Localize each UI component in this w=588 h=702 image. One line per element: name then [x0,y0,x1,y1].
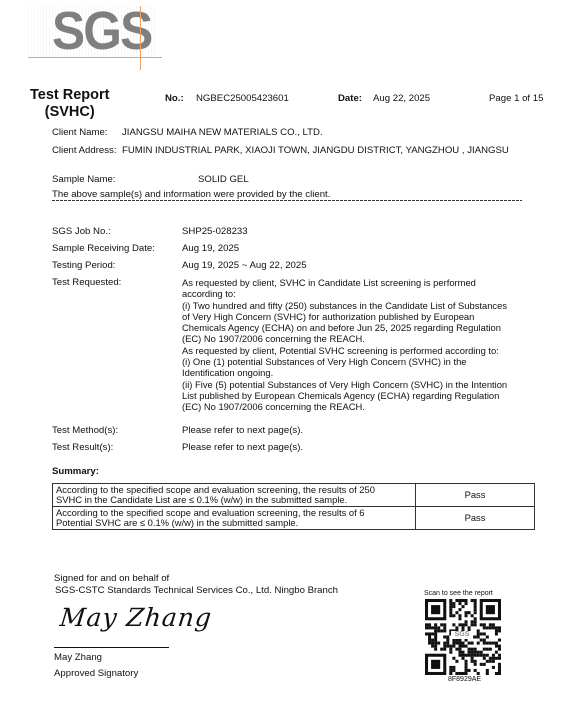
receiving-date-row: Sample Receiving Date: Aug 19, 2025 [52,243,155,254]
summary-text-line: SVHC in the Candidate List are ≤ 0.1% (w… [56,495,412,506]
requested-line: of Very High Concern (SVHC) for authoriz… [182,311,542,322]
requested-line: Identification ongoing. [182,367,542,378]
table-row: According to the specified scope and eva… [53,484,535,507]
summary-result-cell: Pass [416,507,535,530]
test-requested-label: Test Requested: [52,277,121,288]
client-address-label: Client Address: [52,145,117,156]
requested-line: according to: [182,288,542,299]
summary-text-cell: According to the specified scope and eva… [53,484,416,507]
signatory-name: May Zhang [54,652,102,663]
report-title-line2: (SVHC) [30,104,110,121]
summary-result-cell: Pass [416,484,535,507]
sample-note: The above sample(s) and information were… [52,189,330,200]
client-address-value: FUMIN INDUSTRIAL PARK, XIAOJI TOWN, JIAN… [122,145,509,156]
requested-line: (EC) No 1907/2006 concerning the REACH. [182,401,542,412]
summary-text-cell: According to the specified scope and eva… [53,507,416,530]
testing-period-label: Testing Period: [52,260,115,271]
signed-behalf-line2: SGS-CSTC Standards Technical Services Co… [55,585,338,596]
requested-line: As requested by client, SVHC in Candidat… [182,277,542,288]
receiving-date-label: Sample Receiving Date: [52,243,155,254]
table-row: According to the specified scope and eva… [53,507,535,530]
logo-horizontal-line [28,57,162,58]
job-no-row: SGS Job No.: SHP25-028233 [52,226,111,237]
date-label: Date: [338,93,362,104]
sample-name-value: SOLID GEL [198,174,249,185]
signed-behalf-line1: Signed for and on behalf of [54,573,169,584]
receiving-date-value: Aug 19, 2025 [182,243,239,254]
test-result-row: Test Result(s): Please refer to next pag… [52,442,113,453]
requested-line: (i) One (1) potential Substances of Very… [182,356,542,367]
requested-line: As requested by client, Potential SVHC s… [182,345,542,356]
test-method-label: Test Method(s): [52,425,118,436]
page-indicator: Page 1 of 15 [489,93,543,104]
sample-name-label: Sample Name: [52,174,115,185]
client-name-row: Client Name: JIANGSU MAIHA NEW MATERIALS… [52,127,107,138]
report-title-line1: Test Report [30,87,110,104]
client-address-row: Client Address: FUMIN INDUSTRIAL PARK, X… [52,145,117,156]
requested-line: (i) Two hundred and fifty (250) substanc… [182,300,542,311]
test-result-label: Test Result(s): [52,442,113,453]
signature-line [54,647,169,648]
report-title: Test Report (SVHC) [30,87,110,121]
client-name-label: Client Name: [52,127,107,138]
test-method-value: Please refer to next page(s). [182,425,303,436]
summary-heading: Summary: [52,466,99,477]
qr-center-logo: SGS [451,631,473,639]
job-no-label: SGS Job No.: [52,226,111,237]
handwritten-signature: May Zhang [58,603,213,632]
requested-line: (ii) Five (5) potential Substances of Ve… [182,379,542,390]
testing-period-row: Testing Period: Aug 19, 2025 ~ Aug 22, 2… [52,260,115,271]
qr-code-id: 8F8929AE [448,676,481,683]
report-no-label: No.: [165,93,184,104]
sample-name-row: Sample Name: SOLID GEL [52,174,115,185]
test-result-value: Please refer to next page(s). [182,442,303,453]
sgs-logo: SGS [28,6,162,68]
signatory-title: Approved Signatory [54,668,138,679]
date-value: Aug 22, 2025 [373,93,430,104]
summary-text-line: Potential SVHC are ≤ 0.1% (w/w) in the s… [56,518,412,529]
test-method-row: Test Method(s): Please refer to next pag… [52,425,118,436]
testing-period-value: Aug 19, 2025 ~ Aug 22, 2025 [182,260,307,271]
dashed-divider [52,200,522,201]
job-no-value: SHP25-028233 [182,226,248,237]
client-name-value: JIANGSU MAIHA NEW MATERIALS CO., LTD. [122,127,323,138]
report-no-value: NGBEC25005423601 [196,93,289,104]
qr-caption: Scan to see the report [424,590,493,597]
requested-line: List published by European Chemicals Age… [182,390,542,401]
test-requested-text: As requested by client, SVHC in Candidat… [182,277,542,413]
requested-line: (EC) No 1907/2006 concerning the REACH. [182,333,542,344]
logo-text: SGS [52,0,151,62]
summary-table: According to the specified scope and eva… [52,483,535,530]
requested-line: Chemicals Agency (ECHA) on and before Ju… [182,322,542,333]
logo-vertical-line [140,6,141,70]
